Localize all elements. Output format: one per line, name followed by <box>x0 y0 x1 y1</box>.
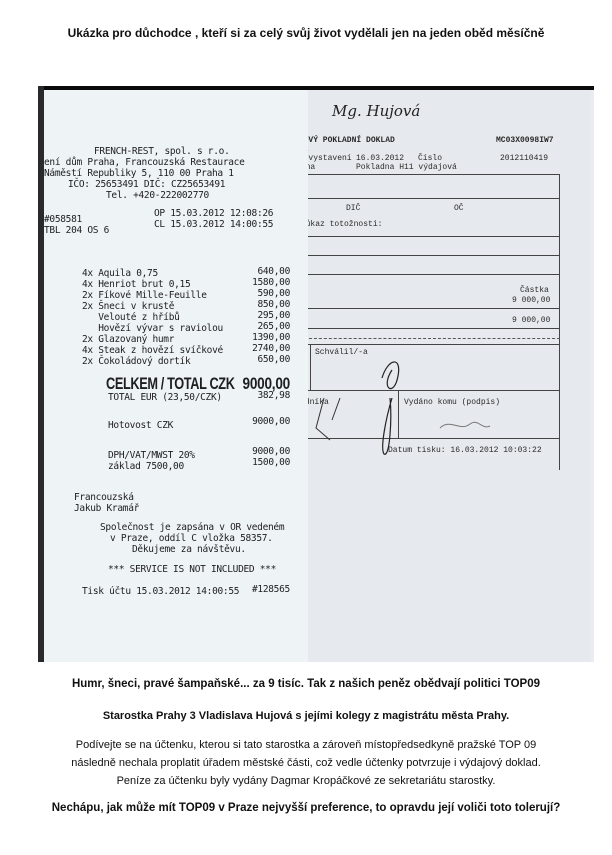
divider <box>290 198 560 199</box>
item-name: 2x Fíkové Mille-Feuille <box>82 290 207 301</box>
issued-date: 16.03.2012 <box>356 154 404 163</box>
dic-label: DIČ <box>346 204 360 213</box>
total-label: CELKEM / TOTAL CZK <box>106 374 235 394</box>
oc-label: OČ <box>454 204 464 213</box>
photo-edge <box>38 86 44 662</box>
item-price: 295,00 <box>230 310 290 321</box>
page-headline: Ukázka pro důchodce , kteří si za celý s… <box>0 26 612 40</box>
frame-right <box>559 174 560 470</box>
item-name: Velouté z hříbů <box>82 312 180 323</box>
item-price: 650,00 <box>230 354 290 365</box>
receipt-venue: ení dům Praha, Francouzská Restaurace <box>44 157 245 168</box>
waiter-place: Francouzská <box>74 492 134 503</box>
expense-voucher: Mg. Hujová AJOVÝ POKLADNÍ DOKLAD MC03X00… <box>290 90 590 662</box>
caption-line-6: Nechápu, jak může mít TOP09 v Praze nejv… <box>0 802 612 814</box>
receipt-address: Náměstí Republiky 5, 110 00 Praha 1 <box>44 168 234 179</box>
vat-label: DPH/VAT/MWST 20% <box>108 450 195 461</box>
restaurant-receipt: FRENCH-REST, spol. s r.o. ení dům Praha,… <box>44 90 308 662</box>
base-label: základ 7500,00 <box>108 461 184 472</box>
handwritten-name: Mg. Hujová <box>332 102 420 120</box>
cash-value: 9000,00 <box>230 416 290 427</box>
item-price: 850,00 <box>230 299 290 310</box>
print-time: Tisk účtu 15.03.2012 14:00:55 <box>82 586 239 597</box>
item-name: Hovězí vývar s raviolou <box>82 323 223 334</box>
cashbox-value: Pokladna H11 výdajová <box>356 163 457 172</box>
eur-label: TOTAL EUR (23,50/CZK) <box>108 392 222 403</box>
cash-label: Hotovost CZK <box>108 420 173 431</box>
vat-value: 9000,00 <box>230 446 290 457</box>
receipt-table: TBL 204 OS 6 <box>44 225 109 236</box>
receipt-ids: IČO: 25653491 DIČ: CZ25653491 <box>68 179 225 190</box>
divider <box>304 344 560 345</box>
divider <box>290 174 560 175</box>
voucher-doc-code: MC03X0098IW7 <box>496 136 554 145</box>
receipt-photo: Mg. Hujová AJOVÝ POKLADNÍ DOKLAD MC03X00… <box>38 86 594 662</box>
divider <box>306 308 560 309</box>
id-label: Průkaz totožnosti: <box>296 220 382 229</box>
item-name: 2x Glazovaný humr <box>82 334 174 345</box>
caption-line-4: následně nechala proplatit úřadem městsk… <box>0 757 612 769</box>
eur-value: 382,98 <box>230 390 290 401</box>
waiter-name: Jakub Kramář <box>74 503 139 514</box>
item-price: 1580,00 <box>230 277 290 288</box>
divider <box>306 328 560 329</box>
receipt-closed: CL 15.03.2012 14:00:55 <box>154 219 273 230</box>
receipt-bill-no: #058581 <box>44 214 82 225</box>
row-amount: 9 000,00 <box>512 296 550 305</box>
receipt-phone: Tel. +420-222002770 <box>106 190 209 201</box>
dashed-divider <box>304 338 560 339</box>
service-note: *** SERVICE IS NOT INCLUDED *** <box>108 564 276 575</box>
number-value: 2012110419 <box>500 154 548 163</box>
caption-line-5: Peníze za účtenku byly vydány Dagmar Kro… <box>0 775 612 787</box>
amount-header: Částka <box>520 286 549 295</box>
receipt-company: FRENCH-REST, spol. s r.o. <box>94 146 230 157</box>
sum-amount: 9 000,00 <box>512 316 550 325</box>
number-label: Číslo <box>418 154 442 163</box>
caption-line-1: Humr, šneci, pravé šampaňské... za 9 tis… <box>0 678 612 690</box>
caption-line-3: Podívejte se na účtenku, kterou si tato … <box>0 739 612 751</box>
divider <box>294 274 560 275</box>
item-name: 2x Šneci v krustě <box>82 301 174 312</box>
item-name: 4x Aquila 0,75 <box>82 268 158 279</box>
item-price: 265,00 <box>230 321 290 332</box>
item-price: 1390,00 <box>230 332 290 343</box>
legal-line-1: Společnost je zapsána v OR vedeném <box>100 522 284 533</box>
item-name: 2x Čokoládový dortík <box>82 356 190 367</box>
receipt-opened: OP 15.03.2012 12:08:26 <box>154 208 273 219</box>
approved-label: Schválil/-a <box>315 348 368 357</box>
item-price: 640,00 <box>230 266 290 277</box>
item-name: 4x Steak z hovězí svíčkové <box>82 345 223 356</box>
item-price: 590,00 <box>230 288 290 299</box>
caption-line-2: Starostka Prahy 3 Vladislava Hujová s je… <box>0 710 612 722</box>
divider <box>294 255 560 256</box>
print-number: #128565 <box>252 584 290 595</box>
voucher-title: AJOVÝ POKLADNÍ DOKLAD <box>294 136 395 145</box>
base-value: 1500,00 <box>230 457 290 468</box>
signature-scribble-icon <box>310 358 510 458</box>
divider <box>294 236 560 237</box>
thanks-line: Děkujeme za návštěvu. <box>132 544 246 555</box>
item-name: 4x Henriot brut 0,15 <box>82 279 190 290</box>
item-price: 2740,00 <box>230 343 290 354</box>
legal-line-2: v Praze, oddíl C vložka 58357. <box>110 533 273 544</box>
